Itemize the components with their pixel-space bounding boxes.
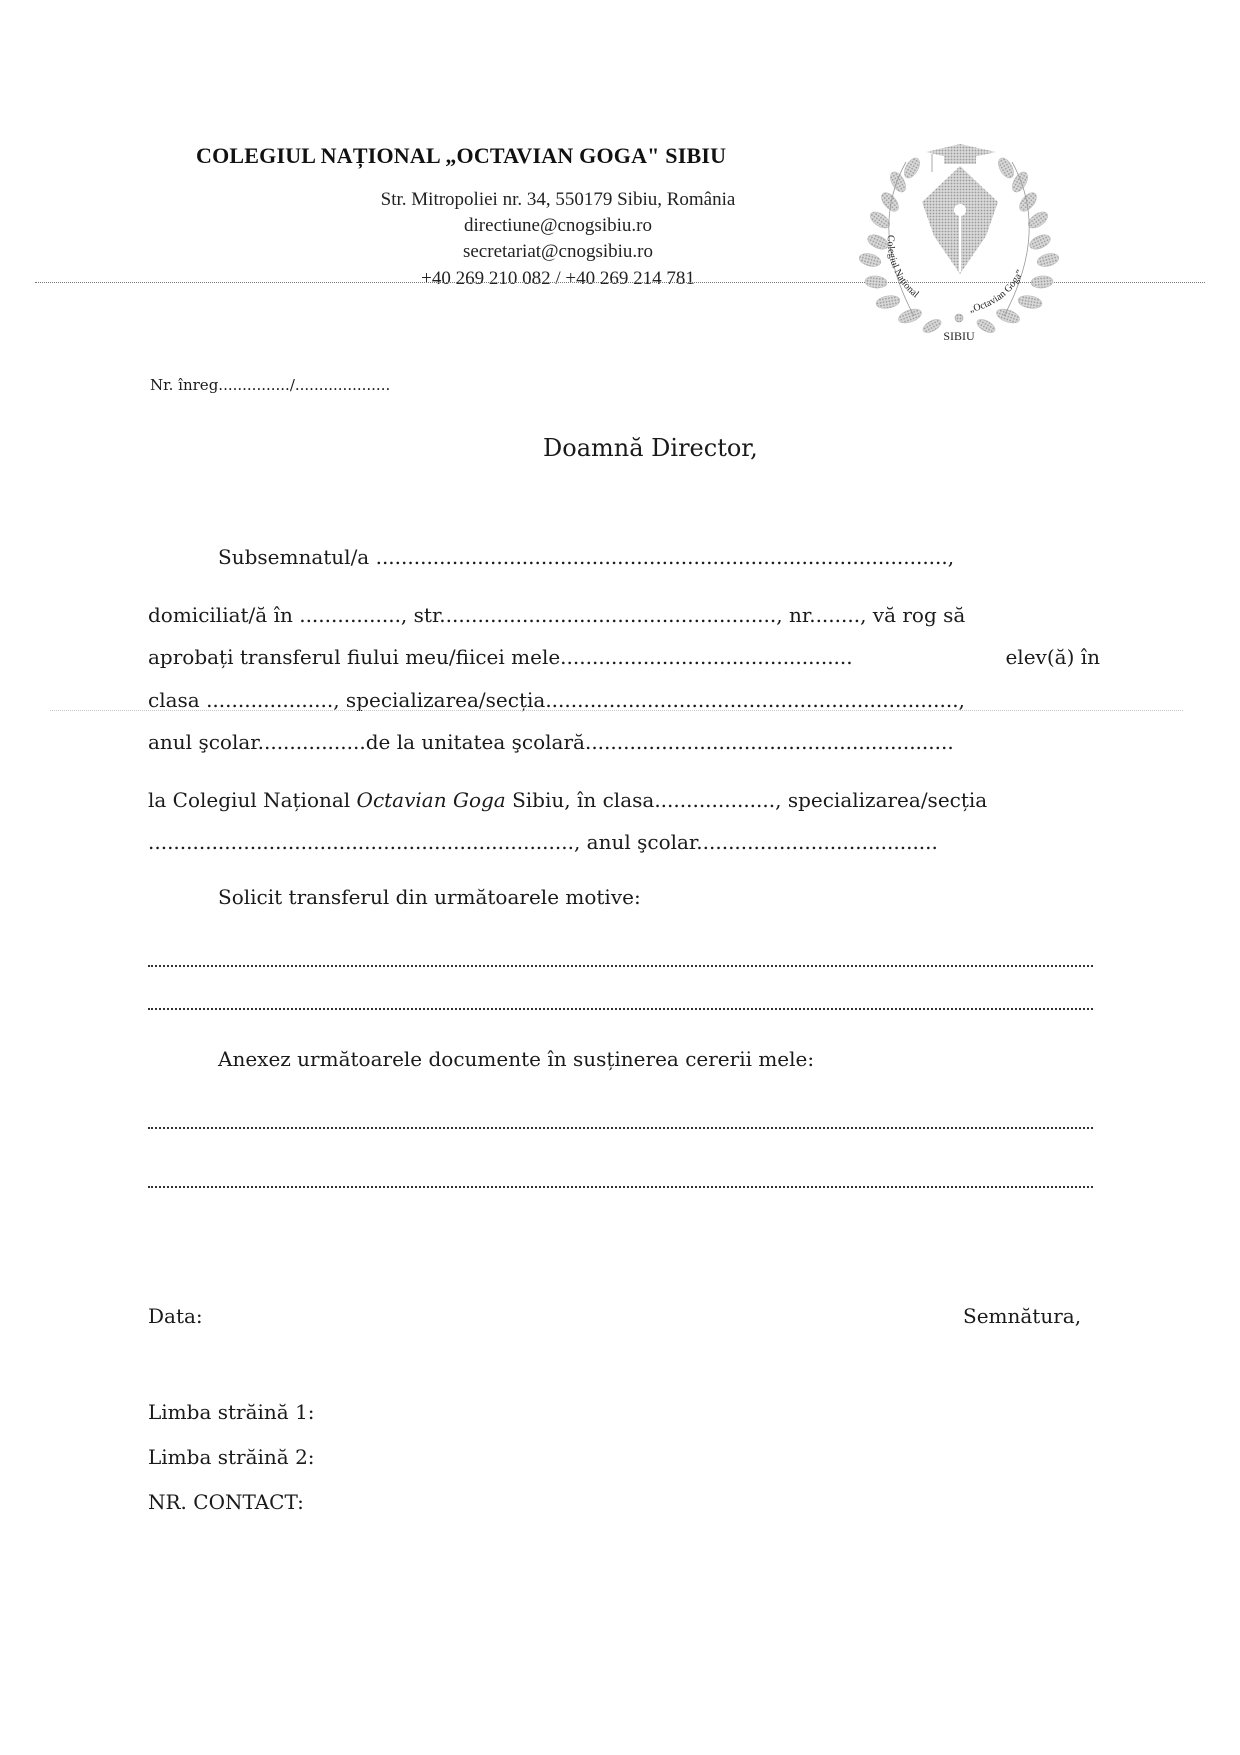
date-label: Data: xyxy=(148,1304,203,1328)
annex-line-2[interactable] xyxy=(148,1186,1093,1188)
reasons-line-2[interactable] xyxy=(148,1008,1093,1010)
destination-class-field[interactable]: Sibiu, în clasa..................., spec… xyxy=(506,788,988,812)
reasons-label: Solicit transferul din următoarele motiv… xyxy=(218,885,641,909)
logo-ring-text-right: „Octavian Goga” xyxy=(968,268,1026,315)
form-line-destination[interactable]: la Colegiul Național Octavian Goga Sibiu… xyxy=(148,788,987,812)
registration-label: Nr. înreg xyxy=(150,376,218,394)
annex-line-1[interactable] xyxy=(148,1127,1093,1129)
destination-school-name: Octavian Goga xyxy=(357,788,506,812)
registration-number-field[interactable]: Nr. înreg.............../...............… xyxy=(150,376,390,394)
logo-ring-text-left: Colegiul Național xyxy=(885,235,921,301)
pupil-in-label: elev(ă) în xyxy=(1005,645,1100,669)
form-line-destination-specialization[interactable]: ........................................… xyxy=(148,830,938,854)
institution-address: Str. Mitropoliei nr. 34, 550179 Sibiu, R… xyxy=(258,189,858,211)
form-line-address[interactable]: domiciliat/ă în ................, str...… xyxy=(148,603,965,627)
email-secretariat: secretariat@cnogsibiu.ro xyxy=(258,241,858,263)
scan-dotted-rule xyxy=(50,710,1183,711)
salutation: Doamnă Director, xyxy=(543,434,758,462)
transfer-child-field[interactable]: aprobați transferul fiului meu/fiicei me… xyxy=(148,645,853,669)
svg-text:„Octavian Goga”: „Octavian Goga” xyxy=(968,268,1026,315)
form-line-class-specialization[interactable]: clasa ...................., specializare… xyxy=(148,688,965,712)
phone-numbers: +40 269 210 082 / +40 269 214 781 xyxy=(258,268,858,290)
form-line-transfer[interactable]: aprobați transferul fiului meu/fiicei me… xyxy=(148,645,1100,669)
reasons-line-1[interactable] xyxy=(148,965,1093,967)
svg-text:Colegiul Național: Colegiul Național xyxy=(885,235,921,301)
signature-label: Semnătura, xyxy=(963,1304,1081,1328)
graduation-pen-laurel-icon: Colegiul Național „Octavian Goga” SIBIU xyxy=(848,140,1070,350)
destination-prefix: la Colegiul Național xyxy=(148,788,357,812)
contact-number-label: NR. CONTACT: xyxy=(148,1490,304,1514)
registration-blank[interactable]: .............../.................... xyxy=(218,376,390,394)
logo-city: SIBIU xyxy=(943,329,975,343)
foreign-language-1-label: Limba străină 1: xyxy=(148,1400,315,1424)
foreign-language-2-label: Limba străină 2: xyxy=(148,1445,315,1469)
school-logo: Colegiul Național „Octavian Goga” SIBIU xyxy=(848,140,1070,350)
institution-name: COLEGIUL NAȚIONAL „OCTAVIAN GOGA" SIBIU xyxy=(196,143,726,169)
annex-label: Anexez următoarele documente în susținer… xyxy=(218,1047,814,1071)
email-direction: directiune@cnogsibiu.ro xyxy=(258,215,858,237)
form-line-name[interactable]: Subsemnatul/a ..........................… xyxy=(218,545,954,569)
form-line-school-year-origin[interactable]: anul şcolar.................de la unitat… xyxy=(148,730,954,754)
